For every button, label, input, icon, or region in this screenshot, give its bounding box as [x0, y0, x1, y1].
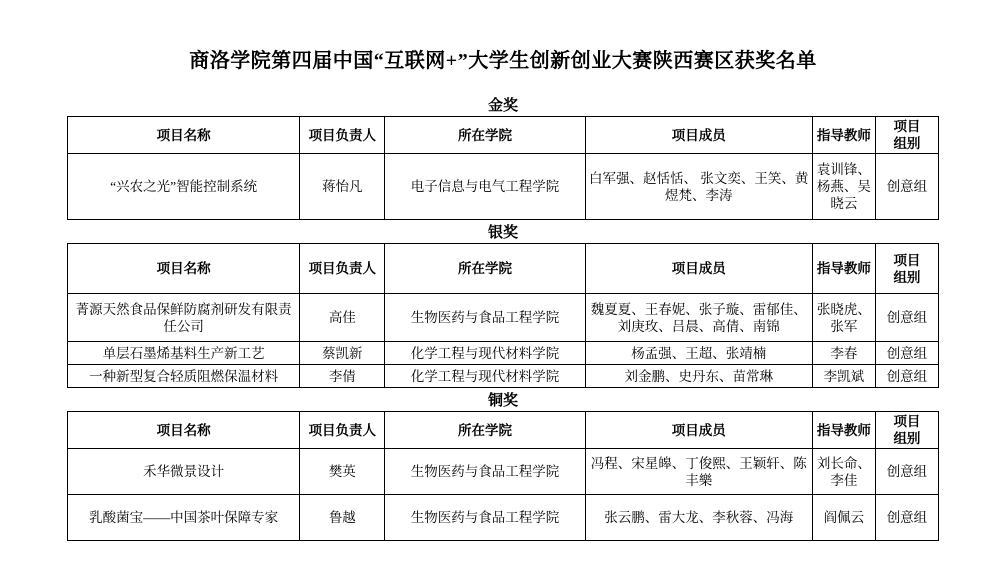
column-header-advisors: 指导教师	[812, 117, 875, 154]
column-header-college: 所在学院	[385, 244, 585, 294]
cell-college: 生物医药与食品工程学院	[385, 495, 585, 541]
column-header-college: 所在学院	[385, 412, 585, 449]
awards-table: 项目名称项目负责人所在学院项目成员指导教师项目 组别“兴农之光”智能控制系统蒋怡…	[67, 116, 939, 220]
document-page: 商洛学院第四届中国“互联网+”大学生创新创业大赛陕西赛区获奖名单 金奖项目名称项…	[0, 0, 1006, 586]
header-row: 项目名称项目负责人所在学院项目成员指导教师项目 组别	[68, 117, 939, 154]
award-label: 金奖	[0, 97, 1006, 115]
cell-advisors: 阎佩云	[812, 495, 875, 541]
cell-project-leader: 李倩	[300, 365, 385, 388]
award-label: 银奖	[0, 224, 1006, 242]
cell-project-name: 一种新型复合轻质阻燃保温材料	[68, 365, 300, 388]
cell-members: 冯程、宋星皞、丁俊熙、王颖轩、陈丰樂	[585, 449, 812, 495]
cell-college: 化学工程与现代材料学院	[385, 342, 585, 365]
document-title: 商洛学院第四届中国“互联网+”大学生创新创业大赛陕西赛区获奖名单	[0, 44, 1006, 73]
cell-project-name: 菁源天然食品保鲜防腐剂研发有限责任公司	[68, 294, 300, 342]
cell-project-leader: 蒋怡凡	[300, 154, 385, 220]
cell-project-name: 禾华微景设计	[68, 449, 300, 495]
cell-category: 创意组	[875, 495, 938, 541]
cell-members: 张云鹏、雷大龙、李秋蓉、冯海	[585, 495, 812, 541]
cell-category: 创意组	[875, 449, 938, 495]
cell-members: 白军强、赵恬恬、 张文奕、王笑、黄煜梵、李涛	[585, 154, 812, 220]
table-row: 禾华微景设计樊英生物医药与食品工程学院冯程、宋星皞、丁俊熙、王颖轩、陈丰樂刘长命…	[68, 449, 939, 495]
cell-college: 电子信息与电气工程学院	[385, 154, 585, 220]
header-row: 项目名称项目负责人所在学院项目成员指导教师项目 组别	[68, 244, 939, 294]
cell-college: 生物医药与食品工程学院	[385, 449, 585, 495]
column-header-project-name: 项目名称	[68, 117, 300, 154]
table-row: 菁源天然食品保鲜防腐剂研发有限责任公司高佳生物医药与食品工程学院魏夏夏、王春妮、…	[68, 294, 939, 342]
cell-advisors: 李春	[812, 342, 875, 365]
column-header-project-leader: 项目负责人	[300, 117, 385, 154]
cell-project-name: 乳酸菌宝——中国茶叶保障专家	[68, 495, 300, 541]
header-row: 项目名称项目负责人所在学院项目成员指导教师项目 组别	[68, 412, 939, 449]
column-header-college: 所在学院	[385, 117, 585, 154]
cell-project-name: 单层石墨烯基料生产新工艺	[68, 342, 300, 365]
column-header-project-name: 项目名称	[68, 244, 300, 294]
cell-members: 魏夏夏、王春妮、张子璇、雷郁佳、刘庚玫、吕晨、高倩、南锦	[585, 294, 812, 342]
cell-category: 创意组	[875, 365, 938, 388]
column-header-project-leader: 项目负责人	[300, 412, 385, 449]
column-header-project-leader: 项目负责人	[300, 244, 385, 294]
awards-table: 项目名称项目负责人所在学院项目成员指导教师项目 组别禾华微景设计樊英生物医药与食…	[67, 411, 939, 541]
table-row: “兴农之光”智能控制系统蒋怡凡电子信息与电气工程学院白军强、赵恬恬、 张文奕、王…	[68, 154, 939, 220]
table-row: 乳酸菌宝——中国茶叶保障专家鲁越生物医药与食品工程学院张云鹏、雷大龙、李秋蓉、冯…	[68, 495, 939, 541]
award-section: 铜奖项目名称项目负责人所在学院项目成员指导教师项目 组别禾华微景设计樊英生物医药…	[0, 392, 1006, 541]
cell-college: 生物医药与食品工程学院	[385, 294, 585, 342]
award-label: 铜奖	[0, 392, 1006, 410]
awards-table: 项目名称项目负责人所在学院项目成员指导教师项目 组别菁源天然食品保鲜防腐剂研发有…	[67, 243, 939, 388]
cell-project-leader: 樊英	[300, 449, 385, 495]
cell-project-leader: 高佳	[300, 294, 385, 342]
cell-members: 杨孟强、王超、张靖楠	[585, 342, 812, 365]
column-header-advisors: 指导教师	[812, 244, 875, 294]
cell-category: 创意组	[875, 154, 938, 220]
cell-project-name: “兴农之光”智能控制系统	[68, 154, 300, 220]
column-header-category: 项目 组别	[875, 117, 938, 154]
column-header-advisors: 指导教师	[812, 412, 875, 449]
award-section: 银奖项目名称项目负责人所在学院项目成员指导教师项目 组别菁源天然食品保鲜防腐剂研…	[0, 224, 1006, 388]
cell-project-leader: 蔡凯新	[300, 342, 385, 365]
cell-advisors: 张晓虎、张军	[812, 294, 875, 342]
column-header-members: 项目成员	[585, 412, 812, 449]
column-header-members: 项目成员	[585, 117, 812, 154]
cell-advisors: 刘长命、李佳	[812, 449, 875, 495]
cell-college: 化学工程与现代材料学院	[385, 365, 585, 388]
table-row: 一种新型复合轻质阻燃保温材料李倩化学工程与现代材料学院刘金鹏、史丹东、苗常琳李凯…	[68, 365, 939, 388]
column-header-project-name: 项目名称	[68, 412, 300, 449]
column-header-members: 项目成员	[585, 244, 812, 294]
table-row: 单层石墨烯基料生产新工艺蔡凯新化学工程与现代材料学院杨孟强、王超、张靖楠李春创意…	[68, 342, 939, 365]
cell-members: 刘金鹏、史丹东、苗常琳	[585, 365, 812, 388]
cell-category: 创意组	[875, 342, 938, 365]
cell-project-leader: 鲁越	[300, 495, 385, 541]
column-header-category: 项目 组别	[875, 412, 938, 449]
cell-category: 创意组	[875, 294, 938, 342]
column-header-category: 项目 组别	[875, 244, 938, 294]
award-sections-container: 金奖项目名称项目负责人所在学院项目成员指导教师项目 组别“兴农之光”智能控制系统…	[0, 97, 1006, 541]
cell-advisors: 李凯斌	[812, 365, 875, 388]
award-section: 金奖项目名称项目负责人所在学院项目成员指导教师项目 组别“兴农之光”智能控制系统…	[0, 97, 1006, 220]
cell-advisors: 袁训锋、杨燕、吴晓云	[812, 154, 875, 220]
